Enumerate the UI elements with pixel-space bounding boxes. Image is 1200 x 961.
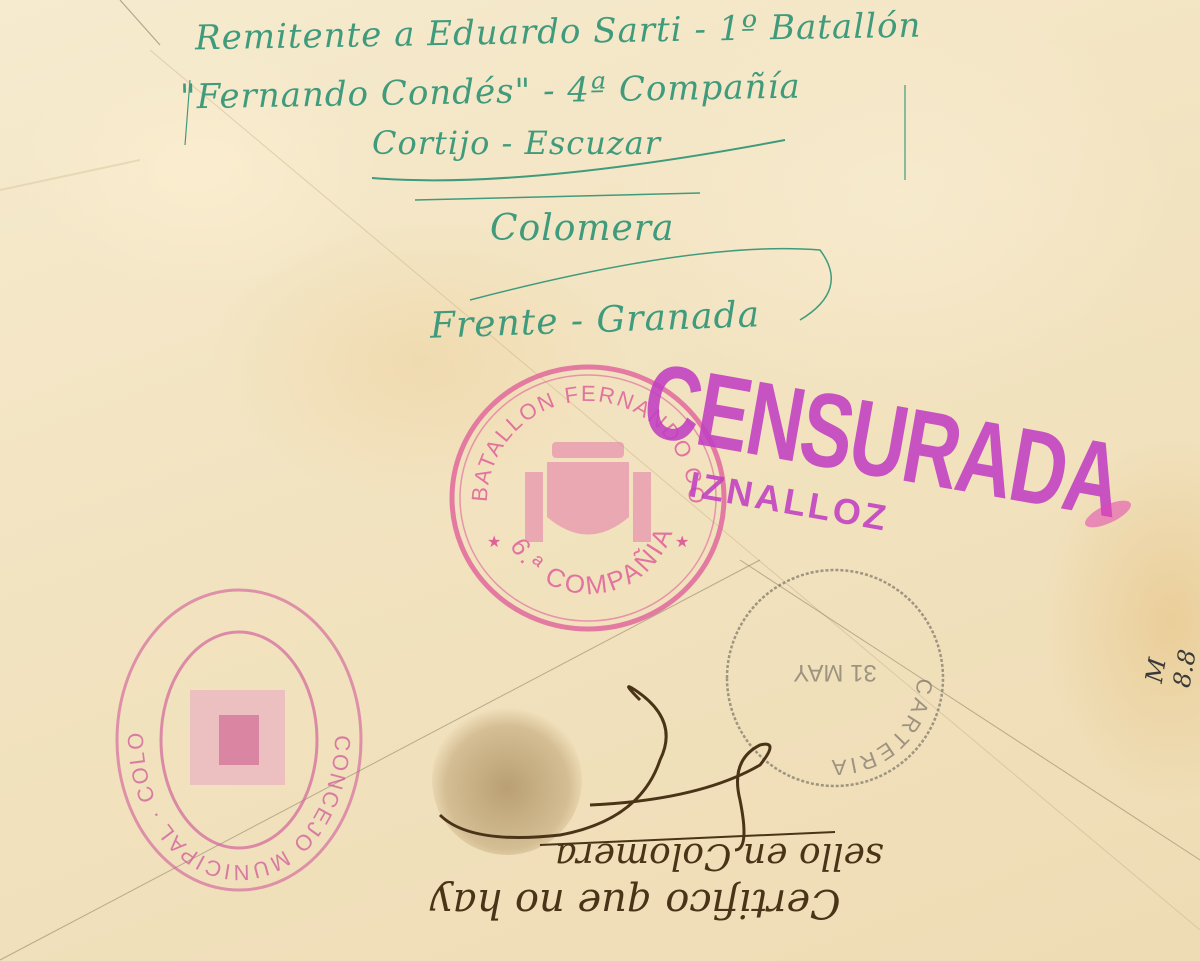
- certification-line-1: Certifico que no hay: [430, 880, 841, 926]
- envelope-back: Remitente a Eduardo Sarti - 1º Batallón …: [0, 0, 1200, 961]
- signature-flourish: [0, 0, 1200, 961]
- margin-pencil-note: M 8.8: [1140, 621, 1200, 690]
- certification-line-2: sello en Colomera: [555, 835, 883, 876]
